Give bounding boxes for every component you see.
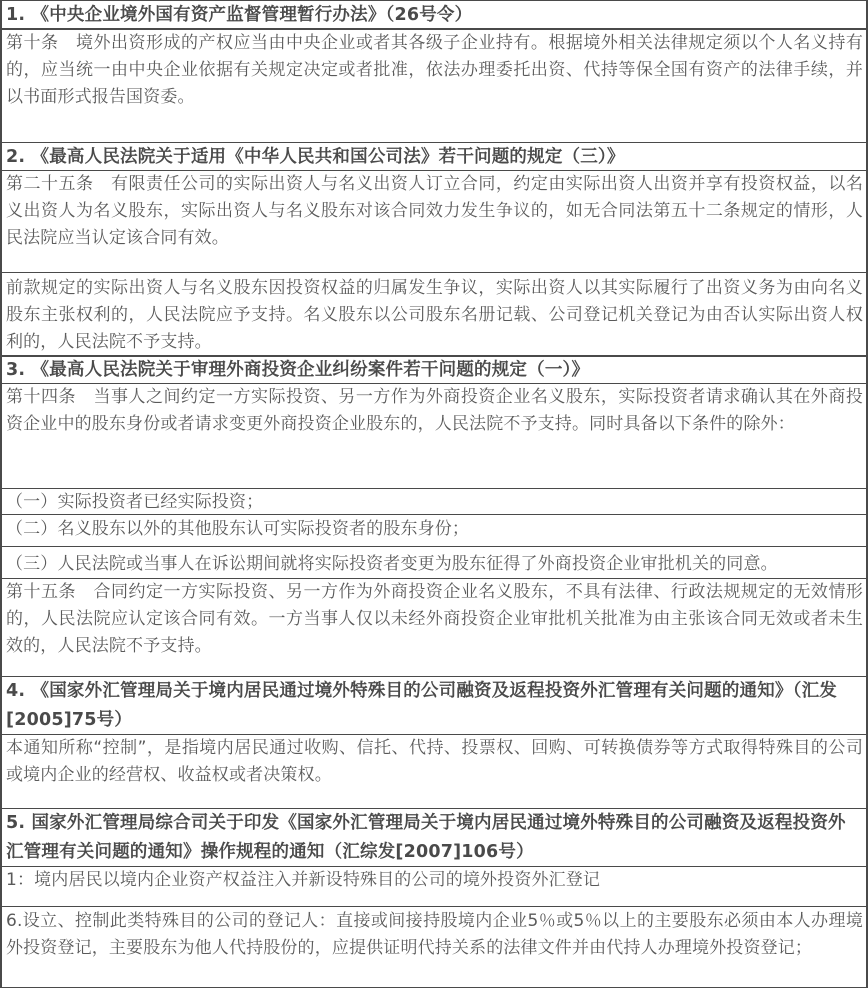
section-3-item-2: （二）名义股东以外的其他股东认可实际投资者的股东身份； <box>2 515 866 547</box>
paragraph-text: 本通知所称“控制”，是指境内居民通过收购、信托、代持、投票权、回购、可转换债券等… <box>6 738 863 785</box>
section-heading-text: 4. 《国家外汇管理局关于境内居民通过境外特殊目的公司融资及返程投资外汇管理有关… <box>6 681 837 730</box>
section-2-paragraph-1: 第二十五条 有限责任公司的实际出资人与名义出资人订立合同，约定由实际出资人出资并… <box>2 171 866 273</box>
section-3-paragraph-article-15: 第十五条 合同约定一方实际投资、另一方作为外商投资企业名义股东，不具有法律、行政… <box>2 579 866 677</box>
section-5-paragraph-6: 6.设立、控制此类特殊目的公司的登记人：直接或间接持股境内企业5％或5％以上的主… <box>2 907 866 988</box>
section-2-heading: 2. 《最高人民法院关于适用《中华人民共和国公司法》若干问题的规定（三）》 <box>2 143 866 171</box>
section-heading-text: 1. 《中央企业境外国有资产监督管理暂行办法》（26号令） <box>6 5 472 25</box>
regulations-table: 1. 《中央企业境外国有资产监督管理暂行办法》（26号令） 第十条 境外出资形成… <box>0 0 868 988</box>
paragraph-text: 第二十五条 有限责任公司的实际出资人与名义出资人订立合同，约定由实际出资人出资并… <box>6 174 863 248</box>
section-heading-text: 3. 《最高人民法院关于审理外商投资企业纠纷案件若干问题的规定（一）》 <box>6 360 589 380</box>
paragraph-text: （三）人民法院或当事人在诉讼期间就将实际投资者变更为股东征得了外商投资企业审批机… <box>6 554 778 574</box>
section-2-paragraph-2: 前款规定的实际出资人与名义股东因投资权益的归属发生争议，实际出资人以其实际履行了… <box>2 273 866 357</box>
section-heading-text: 5. 国家外汇管理局综合司关于印发《国家外汇管理局关于境内居民通过境外特殊目的公… <box>6 813 846 862</box>
paragraph-text: 第十条 境外出资形成的产权应当由中央企业或者其各级子企业持有。根据境外相关法律规… <box>6 33 863 107</box>
paragraph-text: （一）实际投资者已经实际投资； <box>6 492 263 512</box>
section-4-paragraph-1: 本通知所称“控制”，是指境内居民通过收购、信托、代持、投票权、回购、可转换债券等… <box>2 735 866 809</box>
section-3-heading: 3. 《最高人民法院关于审理外商投资企业纠纷案件若干问题的规定（一）》 <box>2 357 866 384</box>
section-5-heading: 5. 国家外汇管理局综合司关于印发《国家外汇管理局关于境内居民通过境外特殊目的公… <box>2 809 866 867</box>
section-1-heading: 1. 《中央企业境外国有资产监督管理暂行办法》（26号令） <box>2 1 866 30</box>
paragraph-text: （二）名义股东以外的其他股东认可实际投资者的股东身份； <box>6 519 469 539</box>
section-heading-text: 2. 《最高人民法院关于适用《中华人民共和国公司法》若干问题的规定（三）》 <box>6 147 625 167</box>
paragraph-text: 第十四条 当事人之间约定一方实际投资、另一方作为外商投资企业名义股东，实际投资者… <box>6 387 863 434</box>
paragraph-text: 1：境内居民以境内企业资产权益注入并新设特殊目的公司的境外投资外汇登记 <box>6 870 600 890</box>
section-5-paragraph-1: 1：境内居民以境内企业资产权益注入并新设特殊目的公司的境外投资外汇登记 <box>2 867 866 907</box>
section-3-paragraph-article-14: 第十四条 当事人之间约定一方实际投资、另一方作为外商投资企业名义股东，实际投资者… <box>2 384 866 489</box>
paragraph-text: 前款规定的实际出资人与名义股东因投资权益的归属发生争议，实际出资人以其实际履行了… <box>6 278 863 352</box>
section-3-item-3: （三）人民法院或当事人在诉讼期间就将实际投资者变更为股东征得了外商投资企业审批机… <box>2 547 866 579</box>
section-1-paragraph-1: 第十条 境外出资形成的产权应当由中央企业或者其各级子企业持有。根据境外相关法律规… <box>2 30 866 143</box>
section-3-item-1: （一）实际投资者已经实际投资； <box>2 489 866 515</box>
section-4-heading: 4. 《国家外汇管理局关于境内居民通过境外特殊目的公司融资及返程投资外汇管理有关… <box>2 677 866 735</box>
paragraph-text: 6.设立、控制此类特殊目的公司的登记人：直接或间接持股境内企业5％或5％以上的主… <box>6 911 863 958</box>
paragraph-text: 第十五条 合同约定一方实际投资、另一方作为外商投资企业名义股东，不具有法律、行政… <box>6 582 863 656</box>
